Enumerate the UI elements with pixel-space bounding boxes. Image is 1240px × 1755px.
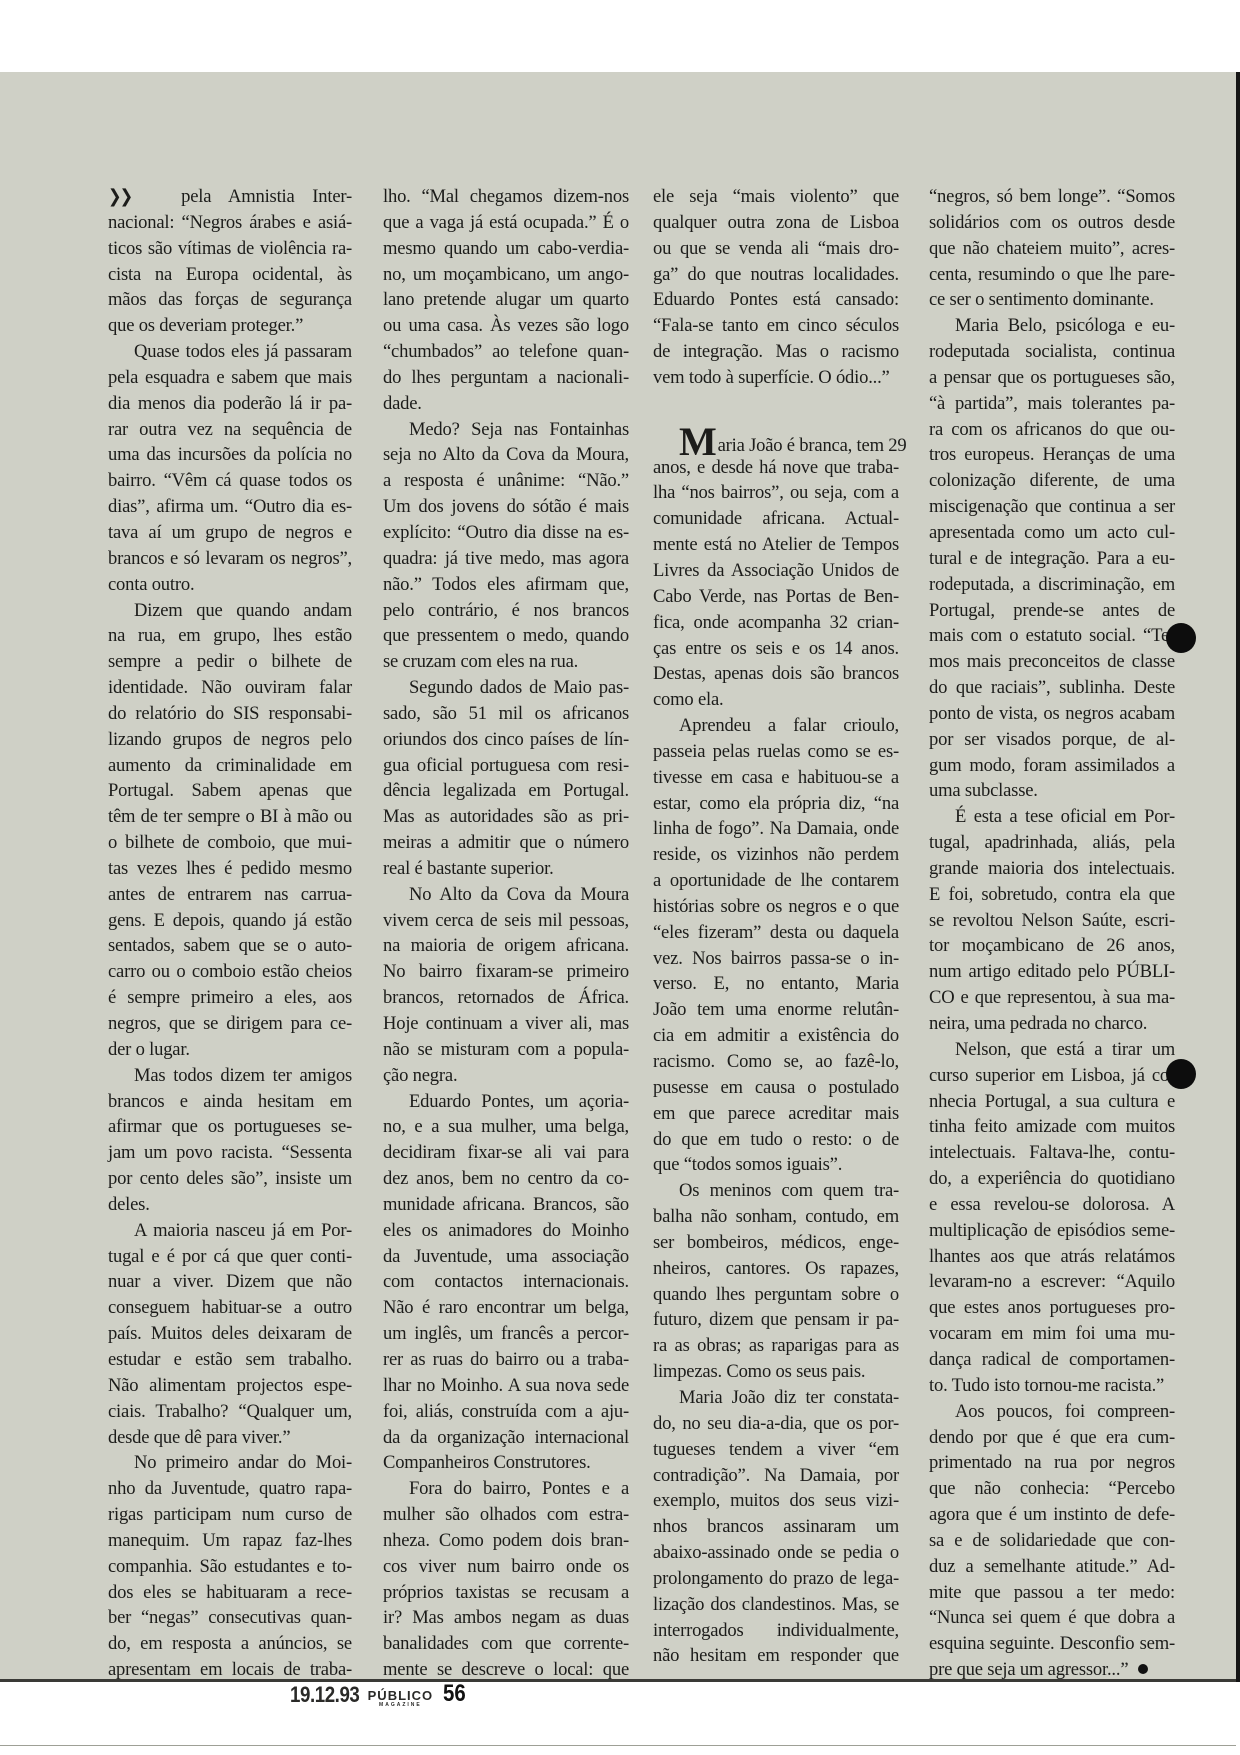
text-content: antes de entrarem nas carrua- bbox=[108, 884, 352, 905]
text-line: duz a semelhante atitude.” Ad- bbox=[929, 1554, 1175, 1580]
text-line: dias”, afirma um. “Outro dia es- bbox=[108, 494, 352, 520]
text-line: não se misturam com a popula- bbox=[383, 1037, 629, 1063]
text-content: jam um povo racista. “Sessenta bbox=[108, 1142, 352, 1163]
text-content: deles. bbox=[108, 1194, 150, 1215]
text-content: brancos e ainda hesitam em bbox=[108, 1091, 352, 1112]
text-line: pelo contrário, é nos brancos bbox=[383, 598, 629, 624]
text-content: lano pretende alugar um quarto bbox=[383, 289, 629, 310]
text-line: que não conhecia: “Percebo bbox=[929, 1476, 1175, 1502]
text-line: do, no seu dia-a-dia, que os por- bbox=[653, 1411, 899, 1437]
text-content: eles os animadores do Moinho bbox=[383, 1220, 629, 1241]
text-line: brancos, retornados de África. bbox=[383, 985, 629, 1011]
text-content: rodeputada socialista, continua bbox=[929, 341, 1175, 362]
text-line: lha “nos bairros”, ou seja, com a bbox=[653, 480, 899, 506]
text-content: vez. Nos bairros passa-se o in- bbox=[653, 948, 899, 969]
text-content: decidiram fixar-se ali vai para bbox=[383, 1142, 629, 1163]
text-line: quadra: já tive medo, mas agora bbox=[383, 546, 629, 572]
text-content: miscigenação que continua a ser bbox=[929, 496, 1175, 517]
text-content: passeia pelas ruelas como se es- bbox=[653, 741, 899, 762]
text-line: dança radical de comportamen- bbox=[929, 1347, 1175, 1373]
text-line: estar, como ela própria diz, “na bbox=[653, 791, 899, 817]
text-line: Os meninos com quem tra- bbox=[653, 1178, 899, 1204]
text-line: no, um moçambicano, um ango- bbox=[383, 262, 629, 288]
text-content: pela esquadra e sabem que mais bbox=[108, 367, 352, 388]
text-content: sado, são 51 mil os africanos bbox=[383, 703, 629, 724]
text-content: “eles fizeram” desta ou daquela bbox=[653, 922, 899, 943]
text-line: tava aí um grupo de negros e bbox=[108, 520, 352, 546]
text-line: do, a experiência do quotidiano bbox=[929, 1166, 1175, 1192]
text-line: CO e que representou, à sua ma- bbox=[929, 985, 1175, 1011]
text-line: futuro, dizem que pensam ir pa- bbox=[653, 1307, 899, 1333]
text-line: com contactos internacionais. bbox=[383, 1269, 629, 1295]
text-content: Os meninos com quem tra- bbox=[679, 1180, 899, 1201]
text-content: pre que seja um agressor...” bbox=[929, 1659, 1128, 1680]
text-content: gens. E depois, quando já estão bbox=[108, 910, 352, 931]
text-line: cos viver num bairro onde os bbox=[383, 1554, 629, 1580]
text-line: uma subclasse. bbox=[929, 778, 1175, 804]
text-line: gum modo, foram assimilados a bbox=[929, 753, 1175, 779]
text-line: da da organização internacional bbox=[383, 1425, 629, 1451]
magazine-page: ❯❯pela Amnistia Inter-nacional: “Negros … bbox=[0, 72, 1240, 1682]
text-content: No bairro fixaram-se primeiro bbox=[383, 961, 629, 982]
text-content: balha não sonham, contudo, em bbox=[653, 1206, 899, 1227]
text-line: afirmar que os portugueses se- bbox=[108, 1114, 352, 1140]
text-line: João tem uma enorme relutân- bbox=[653, 997, 899, 1023]
text-content: gum modo, foram assimilados a bbox=[929, 755, 1175, 776]
text-line: lhar no Moinho. A sua nova sede bbox=[383, 1373, 629, 1399]
text-content: do relatório do SIS responsabi- bbox=[108, 703, 352, 724]
continuation-arrows-icon: ❯❯ bbox=[108, 186, 131, 207]
text-line: Livres da Associação Unidos de bbox=[653, 558, 899, 584]
text-content: a resposta é unânime: “Não.” bbox=[383, 470, 629, 491]
text-line: tros europeus. Heranças de uma bbox=[929, 442, 1175, 468]
text-content: contradição”. Na Damaia, por bbox=[653, 1465, 899, 1486]
text-content: Hoje continuam a viver ali, mas bbox=[383, 1013, 629, 1034]
text-line: multiplicação de episódios seme- bbox=[929, 1218, 1175, 1244]
article-column-2: lho. “Mal chegamos dizem-nosque a vaga j… bbox=[383, 184, 629, 1683]
text-content: dia menos dia poderão lá ir pa- bbox=[108, 393, 352, 414]
text-line: que os deveriam proteger.” bbox=[108, 313, 352, 339]
text-content: É esta a tese oficial em Por- bbox=[955, 806, 1175, 827]
binder-hole-icon bbox=[1166, 1059, 1196, 1089]
text-line: esquina seguinte. Desconfio sem- bbox=[929, 1631, 1175, 1657]
text-line: der o lugar. bbox=[108, 1037, 352, 1063]
text-line: lizando grupos de negros pelo bbox=[108, 727, 352, 753]
text-content: Portugal. Sabem apenas que bbox=[108, 780, 352, 801]
text-content: tugueses tendem a viver “em bbox=[653, 1439, 899, 1460]
text-content: Companheiros Construtores. bbox=[383, 1452, 591, 1473]
text-line: mais com o estatuto social. “Te- bbox=[929, 623, 1175, 649]
text-content: tros europeus. Heranças de uma bbox=[929, 444, 1175, 465]
text-line: anos, e desde há nove que traba- bbox=[653, 455, 899, 481]
text-content: rar outra vez na sequência de bbox=[108, 419, 352, 440]
text-content: nheiros, cantores. Os rapazes, bbox=[653, 1258, 899, 1279]
text-content: não se misturam com a popula- bbox=[383, 1039, 629, 1060]
text-content: da da organização internacional bbox=[383, 1427, 629, 1448]
text-line: próprios taxistas se recusam a bbox=[383, 1580, 629, 1606]
text-content: Cabo Verde, nas Portas de Ben- bbox=[653, 586, 899, 607]
text-line: é sempre primeiro a eles, aos bbox=[108, 985, 352, 1011]
text-line: do que em tudo o resto: o de bbox=[653, 1127, 899, 1153]
text-line: comunidade africana. Actual- bbox=[653, 506, 899, 532]
issue-date: 19.12.93 bbox=[290, 1682, 359, 1708]
text-content: rigas participam num curso de bbox=[108, 1504, 352, 1525]
text-line: “à partida”, mais tolerantes pa- bbox=[929, 391, 1175, 417]
text-content: manequim. Um rapaz faz-lhes bbox=[108, 1530, 352, 1551]
text-content: dendo por que é que era cum- bbox=[929, 1427, 1175, 1448]
text-content: tas vezes lhes é pedido mesmo bbox=[108, 858, 352, 879]
text-content: que não chateiem muito”, acres- bbox=[929, 238, 1175, 259]
text-line: centa, resumindo o que lhe pare- bbox=[929, 262, 1175, 288]
text-content: cista na Europa ocidental, às bbox=[108, 264, 352, 285]
text-content: agora que é um instinto de defe- bbox=[929, 1504, 1175, 1525]
text-content: ra com os africanos do que ou- bbox=[929, 419, 1175, 440]
text-line: tor moçambicano de 26 anos, bbox=[929, 933, 1175, 959]
text-line: tinha feito amizade com muitos bbox=[929, 1114, 1175, 1140]
text-line: pre que seja um agressor...” bbox=[929, 1657, 1175, 1683]
text-content: um inglês, um francês a percor- bbox=[383, 1323, 629, 1344]
text-line: pusesse em causa o postulado bbox=[653, 1075, 899, 1101]
text-line: No primeiro andar do Moi- bbox=[108, 1450, 352, 1476]
text-content: Maria João diz ter constata- bbox=[679, 1387, 899, 1408]
text-content: centa, resumindo o que lhe pare- bbox=[929, 264, 1175, 285]
text-line: rar outra vez na sequência de bbox=[108, 417, 352, 443]
text-content: dança radical de comportamen- bbox=[929, 1349, 1175, 1370]
text-content: A maioria nasceu já em Por- bbox=[134, 1220, 352, 1241]
text-line: passeia pelas ruelas como se es- bbox=[653, 739, 899, 765]
text-line: ra com os africanos do que ou- bbox=[929, 417, 1175, 443]
text-content: ticos são vítimas de violência ra- bbox=[108, 238, 352, 259]
text-content: tugal, apadrinhada, aliás, pela bbox=[929, 832, 1175, 853]
text-line: tivesse em casa e habituou-se a bbox=[653, 765, 899, 791]
text-content: grande maioria dos intelectuais. bbox=[929, 858, 1175, 879]
text-content: como ela. bbox=[653, 689, 723, 710]
text-content: fica, onde acompanha 32 crian- bbox=[653, 612, 899, 633]
text-line: da Juventude, uma associação bbox=[383, 1244, 629, 1270]
text-content: do, a experiência do quotidiano bbox=[929, 1168, 1175, 1189]
text-content: vocaram em mim foi uma mu- bbox=[929, 1323, 1175, 1344]
text-line: tas vezes lhes é pedido mesmo bbox=[108, 856, 352, 882]
text-content: quando lhes perguntam sobre o bbox=[653, 1284, 899, 1305]
text-content: tor moçambicano de 26 anos, bbox=[929, 935, 1175, 956]
text-line: companhia. São estudantes e to- bbox=[108, 1554, 352, 1580]
text-content: ele seja “mais violento” que bbox=[653, 186, 899, 207]
text-content: país. Muitos deles deixaram de bbox=[108, 1323, 352, 1344]
text-line: dendo por que é que era cum- bbox=[929, 1425, 1175, 1451]
text-line: rodeputada socialista, continua bbox=[929, 339, 1175, 365]
text-content: “negros, só bem longe”. “Somos bbox=[929, 186, 1175, 207]
text-line: dos eles se habituaram a rece- bbox=[108, 1580, 352, 1606]
text-line: ser bombeiros, médicos, enge- bbox=[653, 1230, 899, 1256]
end-of-article-icon bbox=[1138, 1664, 1148, 1674]
text-line: vez. Nos bairros passa-se o in- bbox=[653, 946, 899, 972]
text-content: se cruzam com eles na rua. bbox=[383, 651, 578, 672]
text-content: sempre a pedir o bilhete de bbox=[108, 651, 352, 672]
publication-subtitle: MAGAZINE bbox=[379, 1703, 422, 1708]
text-line: dez anos, bem no centro da co- bbox=[383, 1166, 629, 1192]
text-content: racismo. Como se, ao fazê-lo, bbox=[653, 1051, 899, 1072]
text-content: mite que passou a ter medo: bbox=[929, 1582, 1175, 1603]
text-line: no, e a sua mulher, uma belga, bbox=[383, 1114, 629, 1140]
text-content: “Nunca sei quem é que dobra a bbox=[929, 1607, 1175, 1628]
text-line: “eles fizeram” desta ou daquela bbox=[653, 920, 899, 946]
text-line: desde que dê para viver.” bbox=[108, 1425, 352, 1451]
text-line: negros, que se dirigem para ce- bbox=[108, 1011, 352, 1037]
text-content: ra as obras; as raparigas para as bbox=[653, 1335, 899, 1356]
text-line: Companheiros Construtores. bbox=[383, 1450, 629, 1476]
text-line: Destas, apenas dois são brancos bbox=[653, 661, 899, 687]
text-content: limpezas. Como os seus pais. bbox=[653, 1361, 865, 1382]
text-line: mãos das forças de segurança bbox=[108, 287, 352, 313]
text-content: vivem cerca de seis mil pessoas, bbox=[383, 910, 629, 931]
text-line: se cruzam com eles na rua. bbox=[383, 649, 629, 675]
text-line: nhos brancos assinaram um bbox=[653, 1514, 899, 1540]
text-content: da Juventude, uma associação bbox=[383, 1246, 629, 1267]
text-line: colonização diferente, de uma bbox=[929, 468, 1175, 494]
text-line: tugal, apadrinhada, aliás, pela bbox=[929, 830, 1175, 856]
text-line: Nelson, que está a tirar um bbox=[929, 1037, 1175, 1063]
text-content: no, um moçambicano, um ango- bbox=[383, 264, 629, 285]
text-content: Dizem que quando andam bbox=[134, 600, 352, 621]
text-content: lhar no Moinho. A sua nova sede bbox=[383, 1375, 629, 1396]
text-content: dos eles se habituaram a rece- bbox=[108, 1582, 352, 1603]
text-line: vem todo à superfície. O ódio...” bbox=[653, 365, 899, 391]
text-line: interrogados individualmente, bbox=[653, 1618, 899, 1644]
text-content: uma das incursões da polícia no bbox=[108, 444, 352, 465]
text-line: lho. “Mal chegamos dizem-nos bbox=[383, 184, 629, 210]
text-content: conseguem habituar-se a outro bbox=[108, 1297, 352, 1318]
text-line: No Alto da Cova da Moura bbox=[383, 882, 629, 908]
text-line: estudar e estão sem trabalho. bbox=[108, 1347, 352, 1373]
text-line: dia menos dia poderão lá ir pa- bbox=[108, 391, 352, 417]
text-content: Eduardo Pontes, um açoria- bbox=[409, 1091, 629, 1112]
text-line: nheza. Como podem dois bran- bbox=[383, 1528, 629, 1554]
text-content: que “todos somos iguais”. bbox=[653, 1154, 842, 1175]
text-line: No bairro fixaram-se primeiro bbox=[383, 959, 629, 985]
text-line: solidários com os outros desde bbox=[929, 210, 1175, 236]
text-line: nhecia Portugal, a sua cultura e bbox=[929, 1089, 1175, 1115]
text-content: do que raciais”, sublinha. Deste bbox=[929, 677, 1175, 698]
text-line: prolongamento do prazo de lega- bbox=[653, 1566, 899, 1592]
text-content: prolongamento do prazo de lega- bbox=[653, 1568, 899, 1589]
text-line: antes de entrarem nas carrua- bbox=[108, 882, 352, 908]
text-content: a oportunidade de lhe contarem bbox=[653, 870, 899, 891]
text-content: dade. bbox=[383, 393, 422, 414]
text-content: linha de fogo”. Na Damaia, onde bbox=[653, 818, 899, 839]
text-content: seja no Alto da Cova da Moura, bbox=[383, 444, 629, 465]
text-line: balha não sonham, contudo, em bbox=[653, 1204, 899, 1230]
text-content: Medo? Seja nas Fontainhas bbox=[409, 419, 629, 440]
text-content: abaixo-assinado onde se pedia o bbox=[653, 1542, 899, 1563]
text-line: aumento da criminalidade em bbox=[108, 753, 352, 779]
text-content: tava aí um grupo de negros e bbox=[108, 522, 352, 543]
text-line: que estes anos portugueses pro- bbox=[929, 1295, 1175, 1321]
text-content: colonização diferente, de uma bbox=[929, 470, 1175, 491]
text-line: a pensar que os portugueses são, bbox=[929, 365, 1175, 391]
text-content: mulher são olhados com estra- bbox=[383, 1504, 629, 1525]
text-line: ir? Mas ambos negam as duas bbox=[383, 1605, 629, 1631]
text-content: to. Tudo isto tornou-me racista.” bbox=[929, 1375, 1164, 1396]
text-content: lização dos clandestinos. Mas, se bbox=[653, 1594, 899, 1615]
text-content: E foi, sobretudo, contra ela que bbox=[929, 884, 1175, 905]
text-content: lho. “Mal chegamos dizem-nos bbox=[383, 186, 629, 207]
text-content: com contactos internacionais. bbox=[383, 1271, 629, 1292]
text-content: nacional: “Negros árabes e asiá- bbox=[108, 212, 352, 233]
text-line: ças entre os seis e os 14 anos. bbox=[653, 636, 899, 662]
text-line: foi, aliás, construída com a aju- bbox=[383, 1399, 629, 1425]
text-line: conta outro. bbox=[108, 572, 352, 598]
text-line: Portugal. Sabem apenas que bbox=[108, 778, 352, 804]
text-line: a resposta é unânime: “Não.” bbox=[383, 468, 629, 494]
text-content: ou uma casa. Às vezes são logo bbox=[383, 315, 629, 336]
text-line: Maria João diz ter constata- bbox=[653, 1385, 899, 1411]
text-line: curso superior em Lisboa, já co- bbox=[929, 1063, 1175, 1089]
text-content: sentados, sabem que se o auto- bbox=[108, 935, 352, 956]
text-line: quando lhes perguntam sobre o bbox=[653, 1282, 899, 1308]
text-content: afirmar que os portugueses se- bbox=[108, 1116, 352, 1137]
text-line: ção negra. bbox=[383, 1063, 629, 1089]
text-line: linha de fogo”. Na Damaia, onde bbox=[653, 816, 899, 842]
text-line: a oportunidade de lhe contarem bbox=[653, 868, 899, 894]
text-content: têm de ter sempre o BI à mão ou bbox=[108, 806, 352, 827]
text-content: e essa revelou-se dolorosa. A bbox=[929, 1194, 1175, 1215]
text-content: histórias sobre os negros e o que bbox=[653, 896, 899, 917]
text-content: companhia. São estudantes e to- bbox=[108, 1556, 352, 1577]
text-content: solidários com os outros desde bbox=[929, 212, 1175, 233]
text-content: quadra: já tive medo, mas agora bbox=[383, 548, 629, 569]
text-line: mente está no Atelier de Tempos bbox=[653, 532, 899, 558]
text-line: cista na Europa ocidental, às bbox=[108, 262, 352, 288]
text-content: lhantes aos que atrás relatámos bbox=[929, 1246, 1175, 1267]
text-line: o bilhete de comboio, que mui- bbox=[108, 830, 352, 856]
text-content: negros, que se dirigem para ce- bbox=[108, 1013, 352, 1034]
text-content: bairro. “Vêm cá quase todos os bbox=[108, 470, 352, 491]
text-content: mais com o estatuto social. “Te- bbox=[929, 625, 1175, 646]
text-line: carro ou o comboio estão cheios bbox=[108, 959, 352, 985]
text-line: sempre a pedir o bilhete de bbox=[108, 649, 352, 675]
text-line: “Nunca sei quem é que dobra a bbox=[929, 1605, 1175, 1631]
text-content: Livres da Associação Unidos de bbox=[653, 560, 899, 581]
text-content: Mas todos dizem ter amigos bbox=[134, 1065, 352, 1086]
text-line: gens. E depois, quando já estão bbox=[108, 908, 352, 934]
text-content: Quase todos eles já passaram bbox=[134, 341, 352, 362]
text-content: qualquer outra zona de Lisboa bbox=[653, 212, 899, 233]
text-content: rodeputada, a discriminação, em bbox=[929, 574, 1175, 595]
text-content: nhos brancos assinaram um bbox=[653, 1516, 899, 1537]
text-line: por ser visados porque, de al- bbox=[929, 727, 1175, 753]
text-line: Medo? Seja nas Fontainhas bbox=[383, 417, 629, 443]
text-line: ga” do que noutras localidades. bbox=[653, 262, 899, 288]
article-column-3: ele seja “mais violento” quequalquer out… bbox=[653, 184, 899, 1669]
text-content: pusesse em causa o postulado bbox=[653, 1077, 899, 1098]
text-line: apresentada como um acto cul- bbox=[929, 520, 1175, 546]
text-line: por cento deles são”, insiste um bbox=[108, 1166, 352, 1192]
text-content: curso superior em Lisboa, já co- bbox=[929, 1065, 1175, 1086]
text-content: interrogados individualmente, bbox=[653, 1620, 899, 1641]
text-line: banalidades com que corrente- bbox=[383, 1631, 629, 1657]
text-line: identidade. Não ouviram falar bbox=[108, 675, 352, 701]
text-content: sa e de solidariedade que con- bbox=[929, 1530, 1175, 1551]
text-line: num artigo editado pelo PÚBLI- bbox=[929, 959, 1175, 985]
text-content: meiras a admitir que o número bbox=[383, 832, 629, 853]
text-content: comunidade africana. Actual- bbox=[653, 508, 899, 529]
text-content: desde que dê para viver.” bbox=[108, 1427, 290, 1448]
text-line: mulher são olhados com estra- bbox=[383, 1502, 629, 1528]
text-line: lano pretende alugar um quarto bbox=[383, 287, 629, 313]
text-line: que pressentem o medo, quando bbox=[383, 623, 629, 649]
text-line: seja no Alto da Cova da Moura, bbox=[383, 442, 629, 468]
text-line: primentado na rua por negros bbox=[929, 1450, 1175, 1476]
text-content: Aos poucos, foi compreen- bbox=[955, 1401, 1175, 1422]
text-line: levaram-no a escrever: “Aquilo bbox=[929, 1269, 1175, 1295]
text-line: que “todos somos iguais”. bbox=[653, 1152, 899, 1178]
text-content: estudar e estão sem trabalho. bbox=[108, 1349, 352, 1370]
text-line: Segundo dados de Maio pas- bbox=[383, 675, 629, 701]
text-line: real é bastante superior. bbox=[383, 856, 629, 882]
text-content: CO e que representou, à sua ma- bbox=[929, 987, 1175, 1008]
text-content: foi, aliás, construída com a aju- bbox=[383, 1401, 629, 1422]
text-content: ser bombeiros, médicos, enge- bbox=[653, 1232, 899, 1253]
text-line: como ela. bbox=[653, 687, 899, 713]
text-line: “negros, só bem longe”. “Somos bbox=[929, 184, 1175, 210]
text-line: ele seja “mais violento” que bbox=[653, 184, 899, 210]
text-content: rer as ruas do bairro ou a traba- bbox=[383, 1349, 629, 1370]
text-line: têm de ter sempre o BI à mão ou bbox=[108, 804, 352, 830]
text-content: munidade africana. Brancos, são bbox=[383, 1194, 629, 1215]
text-line: na rua, em grupo, lhes estão bbox=[108, 623, 352, 649]
text-content: na maioria de origem africana. bbox=[383, 935, 629, 956]
text-line: ra as obras; as raparigas para as bbox=[653, 1333, 899, 1359]
text-line: fica, onde acompanha 32 crian- bbox=[653, 610, 899, 636]
text-line: ticos são vítimas de violência ra- bbox=[108, 236, 352, 262]
text-content: der o lugar. bbox=[108, 1039, 190, 1060]
text-content: ir? Mas ambos negam as duas bbox=[383, 1607, 629, 1628]
text-line: sentados, sabem que se o auto- bbox=[108, 933, 352, 959]
text-content: levaram-no a escrever: “Aquilo bbox=[929, 1271, 1175, 1292]
text-content: tivesse em casa e habituou-se a bbox=[653, 767, 899, 788]
text-line: mos mais preconceitos de classe bbox=[929, 649, 1175, 675]
text-line: nheiros, cantores. Os rapazes, bbox=[653, 1256, 899, 1282]
text-line: ber “negas” consecutivas quan- bbox=[108, 1605, 352, 1631]
text-content: esquina seguinte. Desconfio sem- bbox=[929, 1633, 1175, 1654]
text-line: mite que passou a ter medo: bbox=[929, 1580, 1175, 1606]
text-content: multiplicação de episódios seme- bbox=[929, 1220, 1175, 1241]
text-line: limpezas. Como os seus pais. bbox=[653, 1359, 899, 1385]
binder-hole-icon bbox=[1166, 623, 1196, 653]
text-line: do, em resposta a anúncios, se bbox=[108, 1631, 352, 1657]
text-content: num artigo editado pelo PÚBLI- bbox=[929, 961, 1175, 982]
text-line: munidade africana. Brancos, são bbox=[383, 1192, 629, 1218]
text-line: sado, são 51 mil os africanos bbox=[383, 701, 629, 727]
text-line: Eduardo Pontes está cansado: bbox=[653, 287, 899, 313]
text-line: Maria Belo, psicóloga e eu- bbox=[929, 313, 1175, 339]
text-content: tugal e é por cá que quer conti- bbox=[108, 1246, 352, 1267]
text-content: ciais. Trabalho? “Qualquer um, bbox=[108, 1401, 352, 1422]
text-content: tural e de integração. Para a eu- bbox=[929, 548, 1175, 569]
text-line: Aprendeu a falar crioulo, bbox=[653, 713, 899, 739]
text-content: em que parece acreditar mais bbox=[653, 1103, 899, 1124]
text-content: cia em admitir a existência do bbox=[653, 1025, 899, 1046]
text-line: um inglês, um francês a percor- bbox=[383, 1321, 629, 1347]
text-content: neira, uma pedrada no charco. bbox=[929, 1013, 1147, 1034]
text-content: primentado na rua por negros bbox=[929, 1452, 1175, 1473]
text-content: Um dos jovens do sótão é mais bbox=[383, 496, 629, 517]
text-content: que pressentem o medo, quando bbox=[383, 625, 629, 646]
text-content: do, no seu dia-a-dia, que os por- bbox=[653, 1413, 899, 1434]
text-line: explícito: “Outro dia disse na es- bbox=[383, 520, 629, 546]
text-line: brancos e só levaram os negros”, bbox=[108, 546, 352, 572]
text-line: tugal e é por cá que quer conti- bbox=[108, 1244, 352, 1270]
